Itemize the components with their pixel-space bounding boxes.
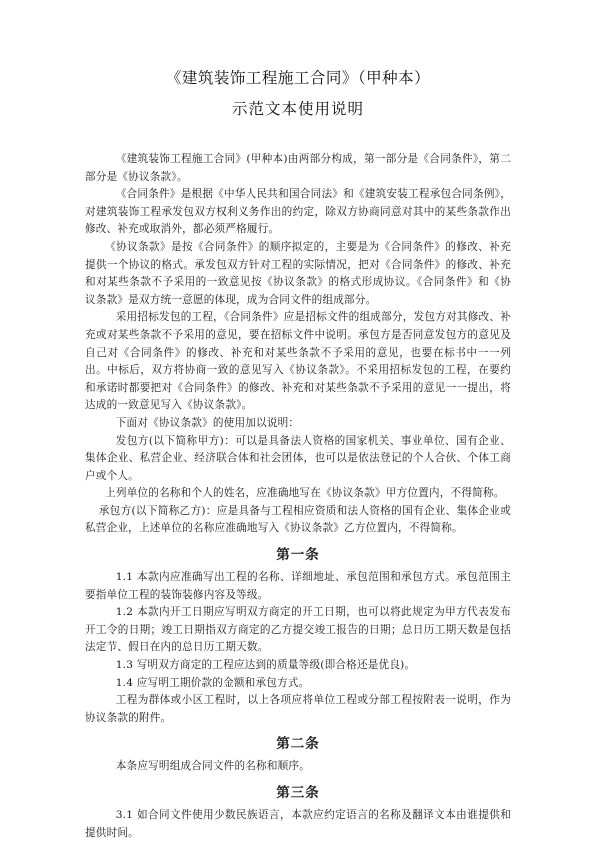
section-heading: 第三条 <box>85 783 511 803</box>
intro-paragraph: 下面对《协议条款》的使用加以说明： <box>85 415 511 433</box>
section-paragraph: 1.1 本款内应准确写出工程的名称、详细地址、承包范围和承包方式。承包范围主要指… <box>85 569 511 604</box>
section-paragraph: 1.2 本款内开工日期应写明双方商定的开工日期，也可以将此规定为甲方代表发布开工… <box>85 604 511 657</box>
intro-paragraph: 《建筑装饰工程施工合同》(甲种本)由两部分构成，第一部分是《合同条件》，第二部分… <box>85 151 511 186</box>
section-heading: 第一条 <box>85 545 511 565</box>
intro-paragraph: 承包方(以下简称乙方)：应是具备与工程相应资质和法人资格的国有企业、集体企业或私… <box>85 503 511 538</box>
document-body: 《建筑装饰工程施工合同》(甲种本)由两部分构成，第一部分是《合同条件》，第二部分… <box>85 151 511 841</box>
intro-paragraph: 发包方(以下简称甲方)：可以是具备法人资格的国家机关、事业单位、国有企业、集体企… <box>85 433 511 486</box>
document-subtitle: 示范文本使用说明 <box>85 97 511 119</box>
section-paragraph: 工程为群体或小区工程时，以上各项应将单位工程或分部工程按附表一说明，作为协议条款… <box>85 692 511 727</box>
intro-paragraph: 上列单位的名称和个人的姓名，应准确地写在《协议条款》甲方位置内，不得简称。 <box>85 485 511 503</box>
intro-paragraph: 采用招标发包的工程，《合同条件》应是招标文件的组成部分，发包方对其修改、补充或对… <box>85 309 511 415</box>
document-title: 《建筑装饰工程施工合同》（甲种本） <box>85 66 511 88</box>
section-paragraph: 3.1 如合同文件使用少数民族语言，本款应约定语言的名称及翻译文本由谁提供和提供… <box>85 807 511 841</box>
section-paragraph: 1.4 应写明工期价款的金额和承包方式。 <box>85 675 511 693</box>
section-paragraph: 本条应写明组成合同文件的名称和顺序。 <box>85 758 511 776</box>
section-paragraph: 1.3 写明双方商定的工程应达到的质量等级(即合格还是优良)。 <box>85 657 511 675</box>
section-heading: 第二条 <box>85 734 511 754</box>
intro-paragraph: 《合同条件》是根据《中华人民共和国合同法》和《建筑安装工程承包合同条例》，对建筑… <box>85 186 511 239</box>
intro-paragraph: 《协议条款》是按《合同条件》的顺序拟定的，主要是为《合同条件》的修改、补充提供一… <box>85 239 511 309</box>
